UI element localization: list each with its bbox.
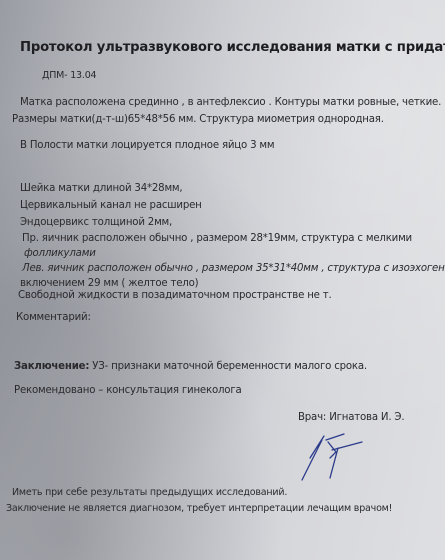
- paper-sheet: Протокол ультразвукового исследования ма…: [0, 0, 445, 560]
- lmp-date: ДПМ- 13.04: [42, 70, 96, 81]
- right-ovary-line2: фолликулами: [24, 248, 96, 259]
- document-title: Протокол ультразвукового исследования ма…: [20, 40, 445, 55]
- cervix-length: Шейка матки длиной 34*28мм,: [20, 183, 182, 194]
- uterus-cavity: В Полости матки лоцируется плодное яйцо …: [20, 140, 274, 151]
- recommendation: Рекомендовано – консультация гинеколога: [14, 385, 242, 396]
- left-ovary-line1: Лев. яичник расположен обычно , размером…: [22, 263, 445, 274]
- footer-line1: Иметь при себе результаты предыдущих исс…: [12, 487, 287, 498]
- uterus-position: Матка расположена срединно , в антефлекс…: [20, 97, 441, 108]
- endocervix: Эндоцервикс толщиной 2мм,: [20, 217, 172, 228]
- footer-line2: Заключение не является диагнозом, требуе…: [6, 503, 392, 514]
- comment-label: Комментарий:: [16, 312, 91, 323]
- conclusion-text: УЗ- признаки маточной беременности малог…: [89, 361, 367, 372]
- uterus-size: Размеры матки(д-т-ш)65*48*56 мм. Структу…: [12, 114, 384, 125]
- conclusion-label: Заключение:: [14, 361, 89, 372]
- cervical-canal: Цервикальный канал не расширен: [20, 200, 202, 211]
- doctor-name: Врач: Игнатова И. Э.: [298, 412, 404, 423]
- signature-icon: [300, 428, 380, 488]
- free-fluid: Свободной жидкости в позадиматочном прос…: [18, 290, 332, 301]
- left-ovary-line2: включением 29 мм ( желтое тело): [20, 278, 198, 289]
- right-ovary-line1: Пр. яичник расположен обычно , размером …: [22, 233, 412, 244]
